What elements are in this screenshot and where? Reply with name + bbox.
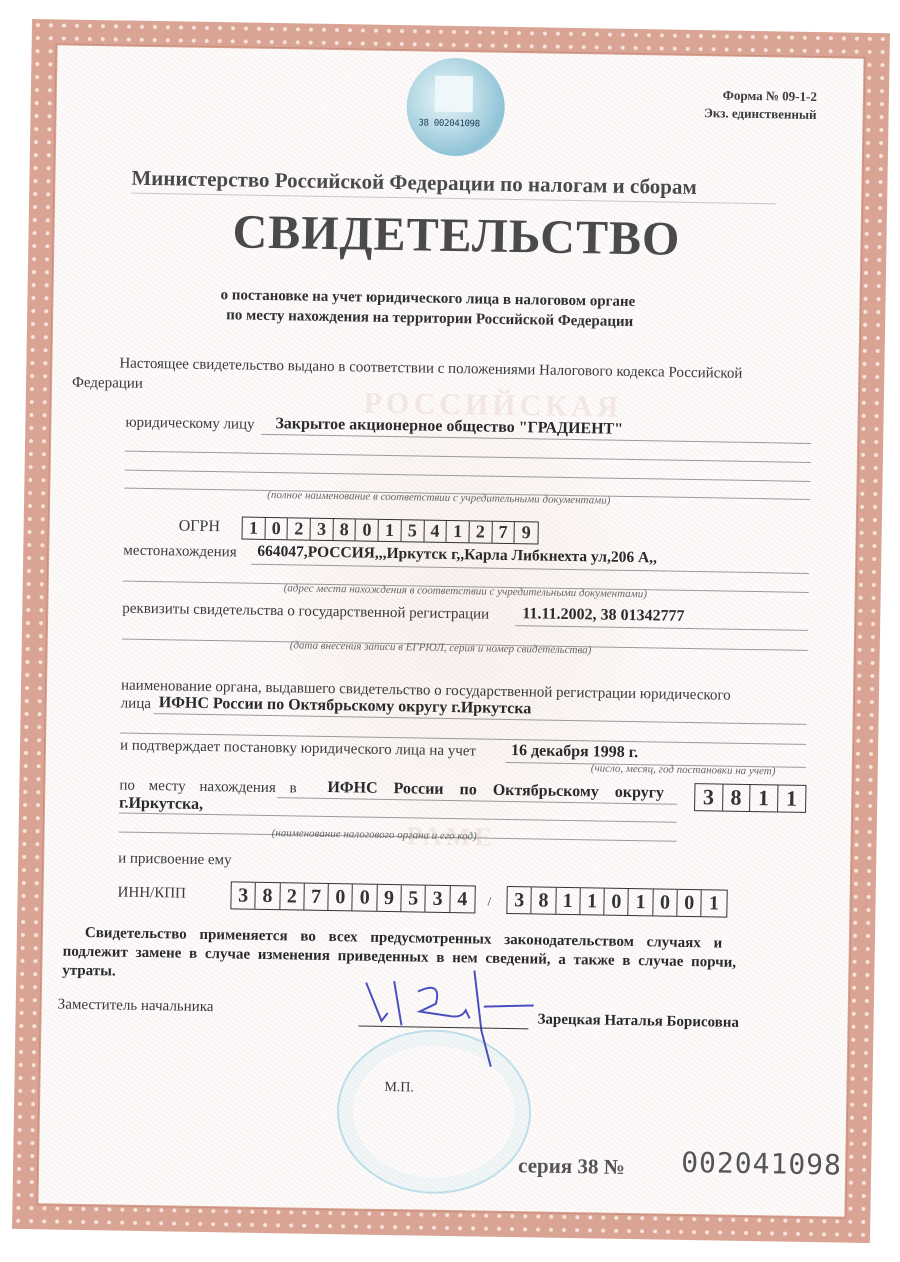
stamp-place-label: М.П. bbox=[384, 1080, 414, 1096]
digit-box: 0 bbox=[677, 890, 702, 916]
tax-authority-code-boxes: 3811 bbox=[694, 783, 806, 813]
digit-box: 8 bbox=[723, 785, 751, 811]
inn-digit-boxes: 3827009534 bbox=[230, 881, 475, 913]
digit-box: 3 bbox=[311, 519, 334, 540]
inn-kpp-separator: / bbox=[487, 894, 491, 910]
certificate-sheet: РОССИЙСКАЯ РАМЕ 38 002041098 Форма № 09-… bbox=[0, 0, 900, 1262]
kpp-digit-boxes: 381101001 bbox=[506, 886, 727, 918]
validity-note-line-3: утраты. bbox=[62, 963, 116, 981]
digit-box: 2 bbox=[469, 521, 492, 542]
digit-box: 0 bbox=[356, 519, 379, 540]
location-label: местонахождения bbox=[123, 543, 237, 562]
hologram-number: 38 002041098 bbox=[418, 118, 480, 129]
digit-box: 1 bbox=[750, 785, 778, 811]
digit-box: 5 bbox=[401, 885, 426, 911]
digit-box: 1 bbox=[379, 520, 402, 541]
digit-box: 0 bbox=[353, 884, 378, 910]
hologram-emblem-icon bbox=[435, 76, 474, 113]
assignment-label: и присвоение ему bbox=[118, 851, 232, 870]
document-title: СВИДЕТЕЛЬСТВО bbox=[232, 204, 681, 266]
digit-box: 4 bbox=[424, 521, 447, 542]
digit-box: 1 bbox=[702, 890, 727, 916]
digit-box: 0 bbox=[605, 889, 630, 915]
digit-box: 0 bbox=[329, 884, 354, 910]
signatory-name: Зарецкая Наталья Борисовна bbox=[537, 1012, 739, 1032]
digit-box: 9 bbox=[515, 522, 538, 543]
signature-scribble bbox=[353, 968, 535, 1071]
intro-line-2: Федерации bbox=[72, 375, 143, 393]
digit-box: 3 bbox=[507, 887, 532, 913]
signatory-position: Заместитель начальника bbox=[58, 997, 214, 1017]
serial-label: серия 38 № bbox=[518, 1153, 625, 1180]
digit-box: 3 bbox=[426, 886, 451, 912]
issuing-authority-label-2: лица bbox=[121, 696, 151, 713]
ogrn-digit-boxes: 1023801541279 bbox=[241, 517, 538, 545]
digit-box: 9 bbox=[377, 885, 402, 911]
digit-box: 4 bbox=[450, 886, 475, 912]
digit-box: 1 bbox=[580, 888, 605, 914]
digit-box: 1 bbox=[556, 888, 581, 914]
digit-box: 0 bbox=[265, 518, 288, 539]
digit-box: 1 bbox=[447, 521, 470, 542]
digit-box: 8 bbox=[256, 883, 281, 909]
digit-box: 2 bbox=[288, 518, 311, 539]
digit-box: 8 bbox=[333, 519, 356, 540]
copy-note: Экз. единственный bbox=[704, 105, 817, 123]
digit-box: 0 bbox=[653, 889, 678, 915]
digit-box: 1 bbox=[629, 889, 654, 915]
digit-box: 2 bbox=[280, 883, 305, 909]
digit-box: 7 bbox=[304, 884, 329, 910]
legal-entity-label: юридическому лицу bbox=[125, 415, 254, 434]
digit-box: 1 bbox=[778, 785, 806, 811]
digit-box: 3 bbox=[231, 882, 256, 908]
serial-number: 002041098 bbox=[681, 1146, 842, 1182]
tax-authority-value-2: г.Иркутска, bbox=[119, 795, 203, 814]
registration-value: 11.11.2002, 38 01342777 bbox=[522, 605, 685, 626]
digit-box: 3 bbox=[695, 784, 723, 810]
digit-box: 8 bbox=[532, 887, 557, 913]
inn-kpp-label: ИНН/КПП bbox=[117, 885, 186, 903]
form-number: Форма № 09-1-2 bbox=[723, 87, 817, 105]
digit-box: 5 bbox=[401, 520, 424, 541]
digit-box: 1 bbox=[243, 518, 266, 539]
digit-box: 7 bbox=[492, 522, 515, 543]
ogrn-label: ОГРН bbox=[179, 517, 221, 536]
registration-date-value: 16 декабря 1998 г. bbox=[511, 742, 638, 762]
